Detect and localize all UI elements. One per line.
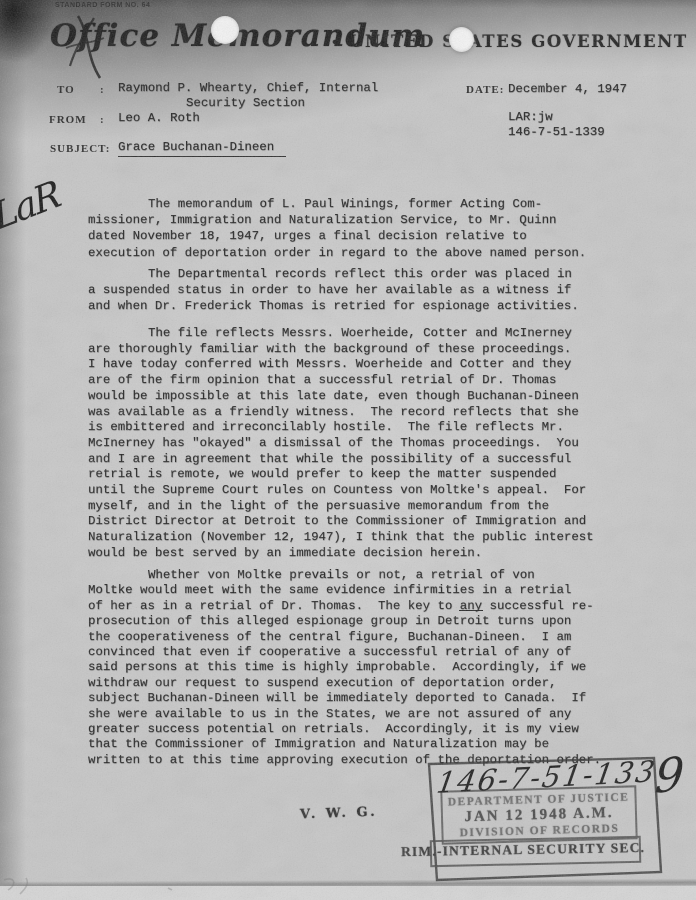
subject-value: Grace Buchanan-Dineen bbox=[118, 140, 286, 155]
handwritten-file-number-digit: 9 bbox=[654, 746, 686, 804]
to-value-line2: Security Section bbox=[186, 96, 305, 111]
from-label: FROM bbox=[49, 114, 87, 126]
from-value: Leo A. Roth bbox=[118, 111, 200, 126]
body-paragraph-2: The Departmental records reflect this or… bbox=[88, 266, 648, 315]
subject-label: SUBJECT: bbox=[50, 143, 110, 155]
handwritten-initials: V. W. G. bbox=[300, 805, 378, 823]
date-value: December 4, 1947 bbox=[508, 82, 627, 97]
to-value-line1: Raymond P. Whearty, Chief, Internal bbox=[118, 81, 378, 96]
reference-initials: LAR:jw bbox=[508, 110, 553, 125]
emphasis-underline-any bbox=[459, 610, 483, 611]
body-paragraph-1: The memorandum of L. Paul Winings, forme… bbox=[88, 196, 648, 261]
subject-text: Grace Buchanan-Dineen bbox=[118, 140, 286, 157]
body-paragraph-4: Whether von Moltke prevails or not, a re… bbox=[88, 568, 648, 768]
org-title: UNITED STATES GOVERNMENT bbox=[349, 32, 688, 51]
file-number: 146-7-51-1339 bbox=[508, 125, 605, 140]
body-paragraph-3: The file reflects Messrs. Woerheide, Cot… bbox=[88, 326, 648, 562]
scanned-memo-page: STANDARD FORM NO. 64 Office Memorandum •… bbox=[0, 0, 696, 900]
faint-pencil-marks bbox=[0, 874, 200, 900]
date-label: DATE: bbox=[466, 84, 504, 96]
punch-hole bbox=[449, 27, 474, 52]
pen-scribble bbox=[60, 8, 130, 88]
punch-hole bbox=[211, 16, 239, 44]
from-colon: : bbox=[100, 114, 105, 126]
title-separator-dot: • bbox=[330, 34, 340, 52]
